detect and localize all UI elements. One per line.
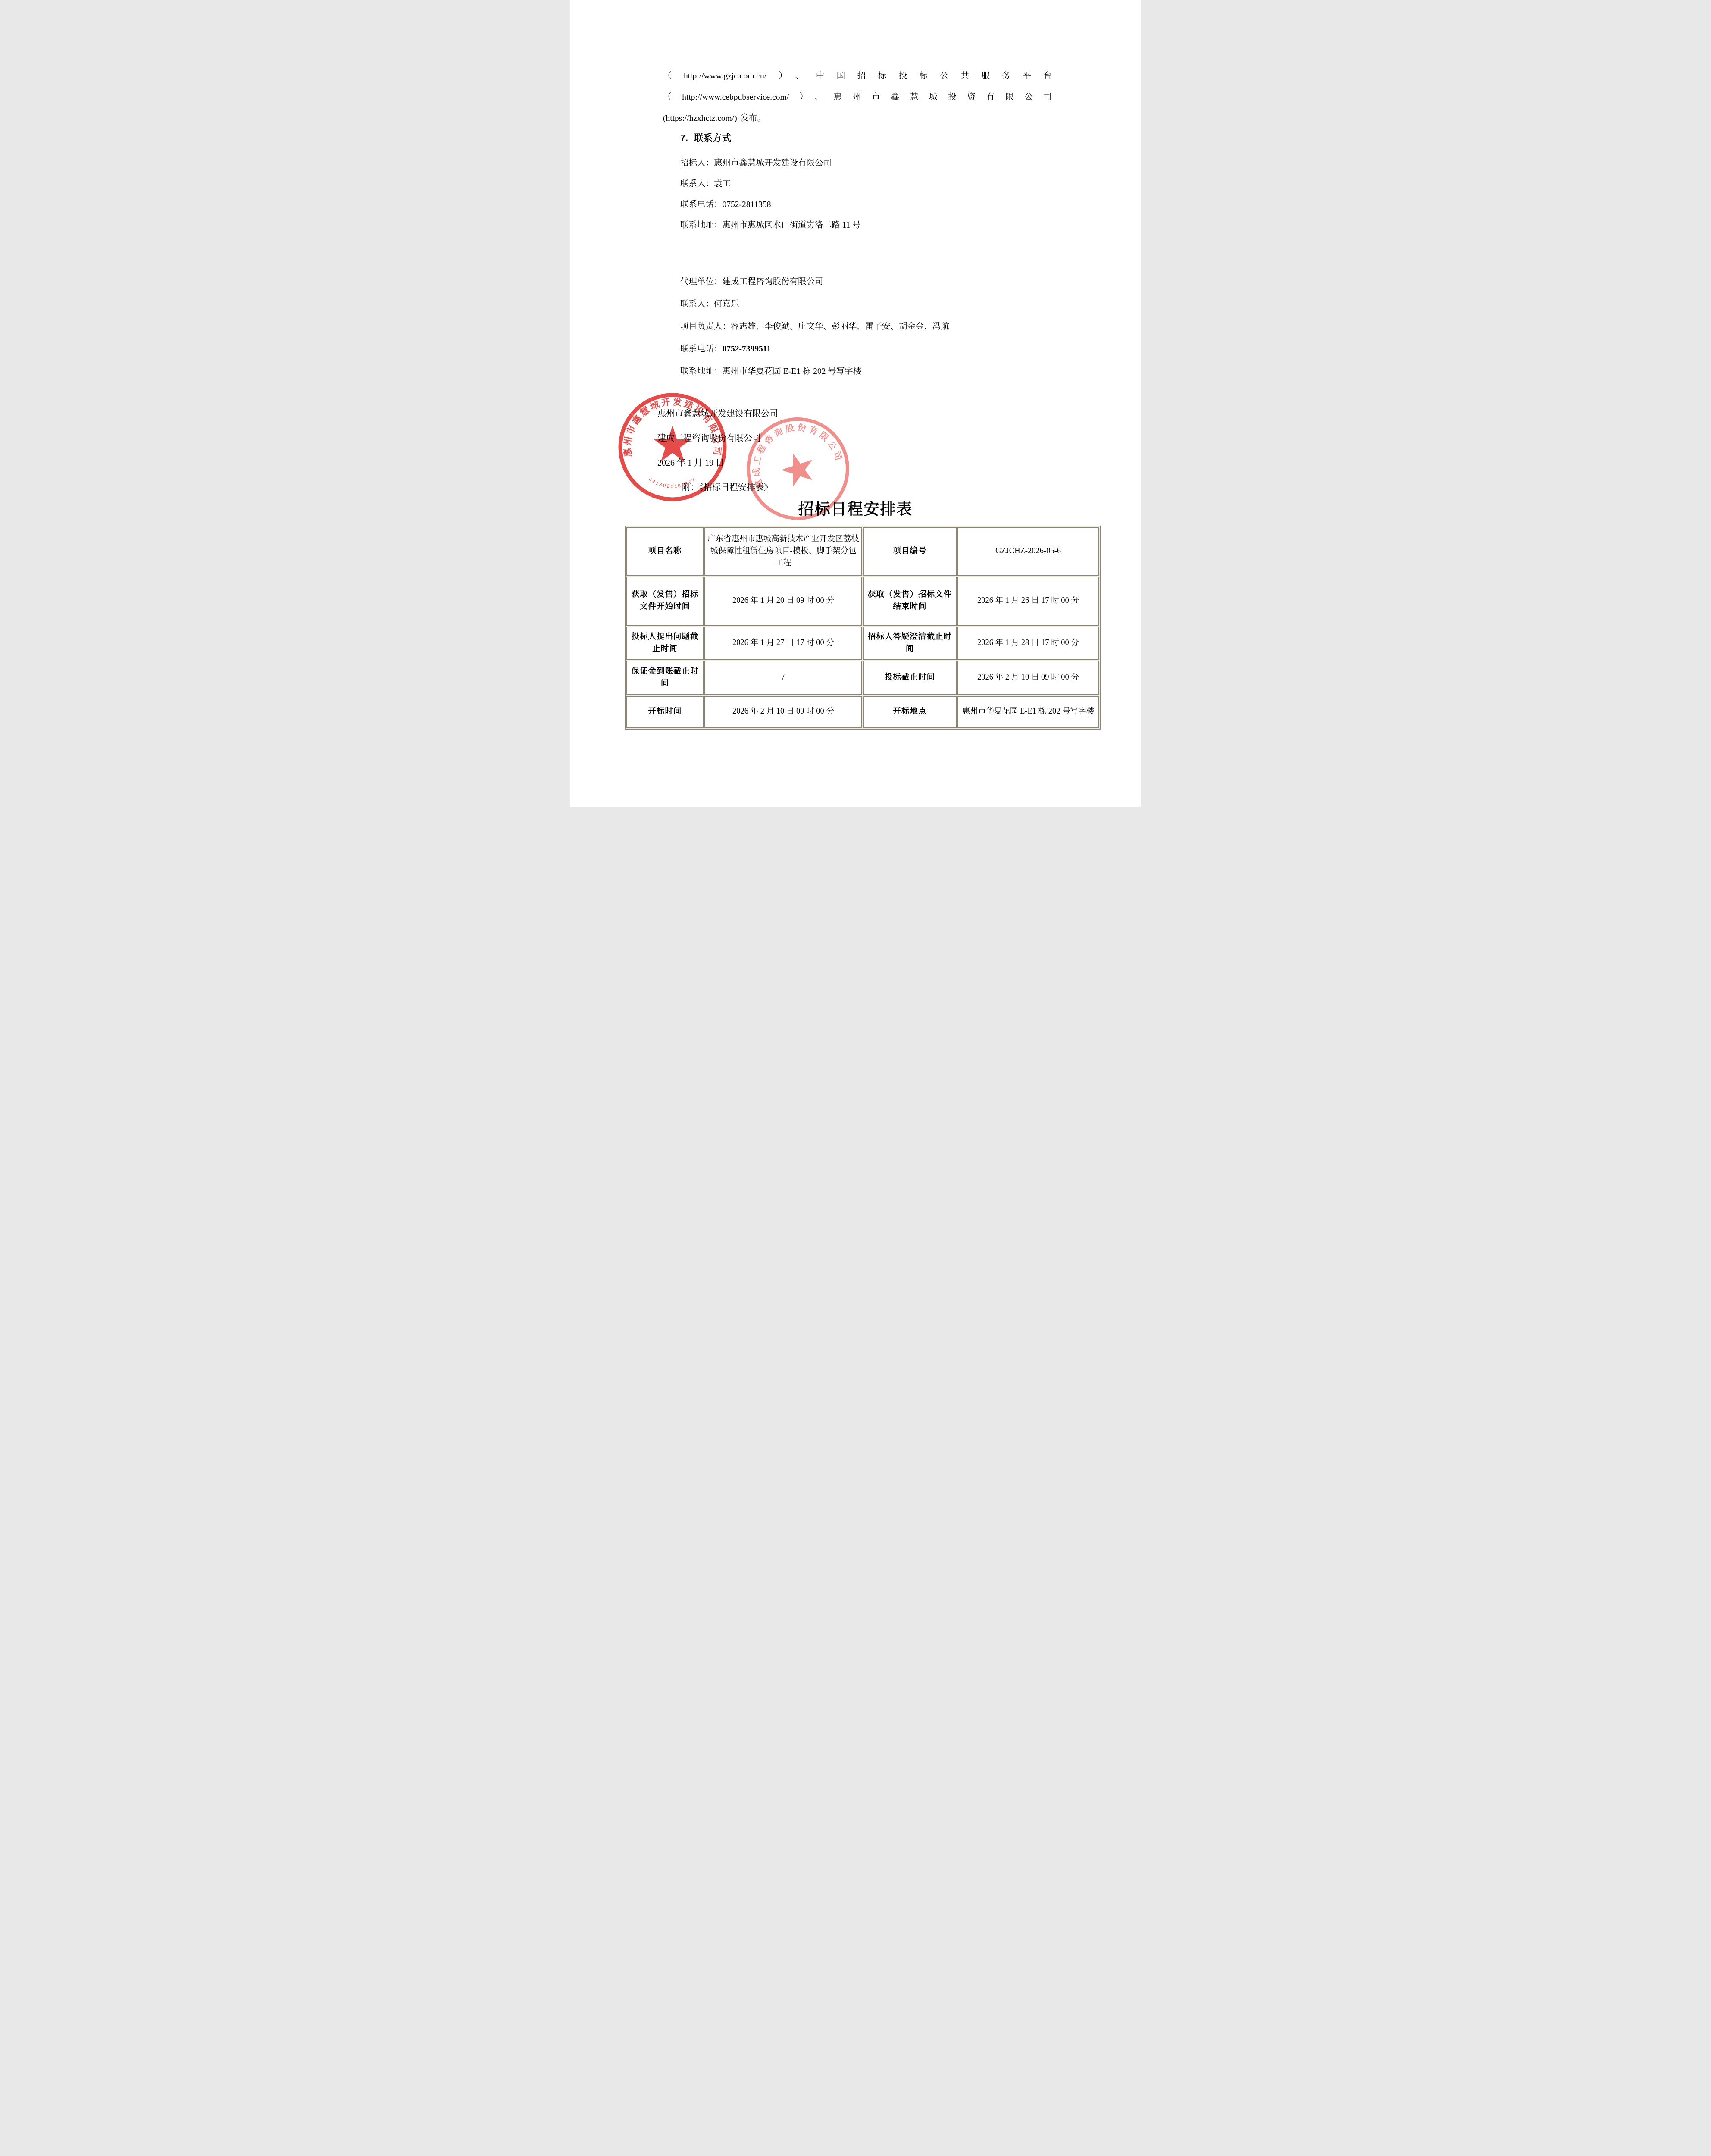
cell-project-name-value: 广东省惠州市惠城高新技术产业开发区荔枝城保障性租赁住房项目-模板、脚手架分包工程 [704,527,862,576]
publish-site-url: （http://www.gzjc.com.cn/）、 [663,72,816,81]
cell-doc-start-label: 获取（发售）招标文件开始时间 [626,577,704,626]
agency-address-line: 联系地址：惠州市华夏花园 E-E1 栋 202 号写字楼 [680,360,949,383]
company-seal-left-icon: 惠州市鑫慧城开发建设有限公司 4413020180967 [616,391,729,503]
agency-name-line: 代理单位：建成工程咨询股份有限公司 [680,271,949,293]
tenderer-contact-block: 招标人：惠州市鑫慧城开发建设有限公司 联系人：袁工 联系电话：0752-2811… [680,153,861,236]
section-number: 7. [680,133,688,143]
cell-deposit-deadline-value: / [704,661,862,695]
cell-doc-end-value: 2026 年 1 月 26 日 17 时 00 分 [957,577,1099,626]
agency-phone-label: 联系电话： [680,345,723,354]
agency-contact-block: 代理单位：建成工程咨询股份有限公司 联系人：何嘉乐 项目负责人：容志雄、李俊斌、… [680,271,949,383]
cell-open-place-value: 惠州市华夏花园 E-E1 栋 202 号写字楼 [957,696,1099,728]
agency-phone-value: 0752-7399511 [723,345,771,354]
table-row: 投标人提出问题截止时间 2026 年 1 月 27 日 17 时 00 分 招标… [626,627,1099,660]
cell-open-time-value: 2026 年 2 月 10 日 09 时 00 分 [704,696,862,728]
cell-bid-deadline-value: 2026 年 2 月 10 日 09 时 00 分 [957,661,1099,695]
cell-project-number-value: GZJCHZ-2026-05-6 [957,527,1099,576]
intro-line: （http://www.cebpubservice.com/）、惠州市鑫慧城投资… [663,87,1052,108]
cell-bid-deadline-label: 投标截止时间 [863,661,957,695]
cell-clarify-deadline-value: 2026 年 1 月 28 日 17 时 00 分 [957,627,1099,660]
publish-site-name: 惠州市鑫慧城投资有限公司 [834,93,1052,102]
cell-question-deadline-label: 投标人提出问题截止时间 [626,627,704,660]
tenderer-address-line: 联系地址：惠州市惠城区水口街道岃洛二路 11 号 [680,215,861,236]
cell-doc-end-label: 获取（发售）招标文件结束时间 [863,577,957,626]
cell-deposit-deadline-label: 保证金到账截止时间 [626,661,704,695]
publish-site-url: (https://hzxhctz.com/) [663,114,737,123]
tenderer-name-line: 招标人：惠州市鑫慧城开发建设有限公司 [680,153,861,174]
cell-clarify-deadline-label: 招标人答疑澄清截止时间 [863,627,957,660]
table-row: 项目名称 广东省惠州市惠城高新技术产业开发区荔枝城保障性租赁住房项目-模板、脚手… [626,527,1099,576]
svg-text:4413020180967: 4413020180967 [648,477,698,489]
section-title: 联系方式 [694,133,731,143]
intro-line: （http://www.gzjc.com.cn/）、中国招标投标公共服务平台 [663,66,1052,87]
publish-site-url: （http://www.cebpubservice.com/）、 [663,93,834,102]
schedule-table: 项目名称 广东省惠州市惠城高新技术产业开发区荔枝城保障性租赁住房项目-模板、脚手… [625,526,1101,730]
agency-managers-line: 项目负责人：容志雄、李俊斌、庄文华、彭丽华、雷子安、胡金金、冯航 [680,316,949,338]
agency-phone-line: 联系电话：0752-7399511 [680,338,949,360]
cell-question-deadline-value: 2026 年 1 月 27 日 17 时 00 分 [704,627,862,660]
tenderer-phone-line: 联系电话：0752-2811358 [680,194,861,215]
intro-line: (https://hzxhctz.com/)发布。 [663,108,1052,129]
cell-open-time-label: 开标时间 [626,696,704,728]
agency-contact-line: 联系人：何嘉乐 [680,293,949,316]
document-page: （http://www.gzjc.com.cn/）、中国招标投标公共服务平台 （… [570,0,1141,807]
table-row: 获取（发售）招标文件开始时间 2026 年 1 月 20 日 09 时 00 分… [626,577,1099,626]
cell-open-place-label: 开标地点 [863,696,957,728]
cell-doc-start-value: 2026 年 1 月 20 日 09 时 00 分 [704,577,862,626]
cell-project-number-label: 项目编号 [863,527,957,576]
intro-paragraph: （http://www.gzjc.com.cn/）、中国招标投标公共服务平台 （… [663,66,1052,129]
table-row: 开标时间 2026 年 2 月 10 日 09 时 00 分 开标地点 惠州市华… [626,696,1099,728]
publish-suffix: 发布。 [741,114,766,123]
schedule-table-title: 招标日程安排表 [570,498,1141,520]
tenderer-contact-line: 联系人：袁工 [680,174,861,194]
publish-site-name: 中国招标投标公共服务平台 [816,72,1052,81]
cell-project-name-label: 项目名称 [626,527,704,576]
seal-left-serial-text: 4413020180967 [648,477,698,489]
section-heading: 7.联系方式 [680,132,731,144]
table-row: 保证金到账截止时间 / 投标截止时间 2026 年 2 月 10 日 09 时 … [626,661,1099,695]
